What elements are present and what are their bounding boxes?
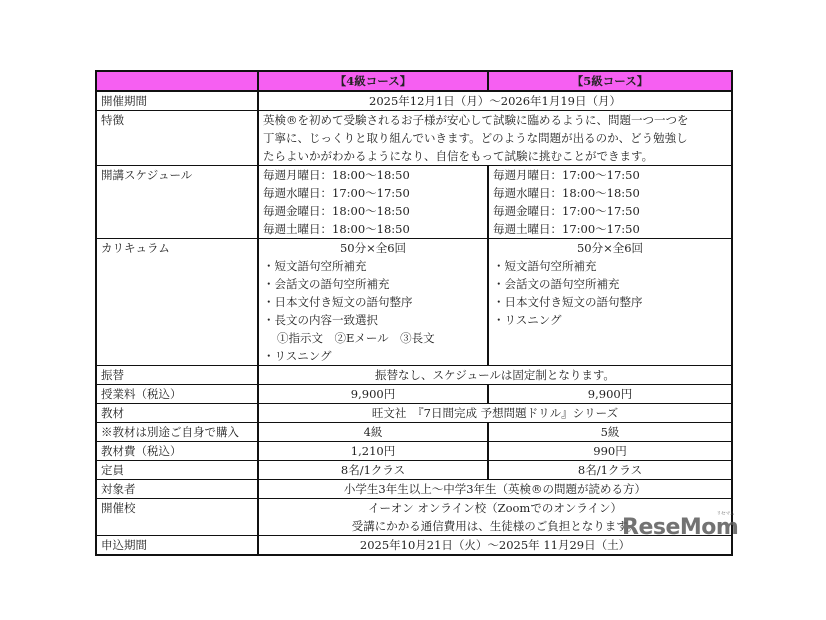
- curriculum-g5-item: ・日本文付き短文の語句整序: [493, 293, 727, 311]
- capacity-grade4: 8名/1クラス: [258, 461, 488, 480]
- row-features: 特徴 英検®を初めて受験されるお子様が安心して試験に臨めるように、問題一つ一つを…: [96, 111, 732, 166]
- row-materials-fee: 教材費（税込） 1,210円 990円: [96, 442, 732, 461]
- header-grade5: 【5級コース】: [488, 71, 732, 91]
- curriculum-g4-summary: 50分×全6回: [263, 239, 483, 257]
- schedule-g5-fri: 毎週金曜日：17:00～17:50: [493, 202, 727, 220]
- materials-grade4: 4級: [258, 423, 488, 442]
- header-grade4: 【4級コース】: [258, 71, 488, 91]
- watermark-text: ReseMom: [622, 515, 738, 540]
- watermark-ruby: リセマム: [716, 510, 734, 517]
- label-capacity: 定員: [96, 461, 258, 480]
- value-makeup: 振替なし、スケジュールは固定制となります。: [258, 366, 732, 385]
- schedule-g4-sat: 毎週土曜日：18:00～18:50: [263, 220, 483, 238]
- row-schedule: 開講スケジュール 毎週月曜日：18:00～18:50 毎週水曜日：17:00～1…: [96, 166, 732, 239]
- schedule-g4-wed: 毎週水曜日：17:00～17:50: [263, 184, 483, 202]
- tuition-grade5: 9,900円: [488, 385, 732, 404]
- curriculum-g5-item: ・短文語句空所補充: [493, 257, 727, 275]
- row-tuition: 授業料（税込） 9,900円 9,900円: [96, 385, 732, 404]
- header-row: 【4級コース】 【5級コース】: [96, 71, 732, 91]
- curriculum-grade4: 50分×全6回 ・短文語句空所補充 ・会話文の語句空所補充 ・日本文付き短文の語…: [258, 239, 488, 366]
- features-line-1: 英検®を初めて受験されるお子様が安心して試験に臨めるように、問題一つ一つを: [263, 111, 727, 129]
- curriculum-g5-summary: 50分×全6回: [493, 239, 727, 257]
- course-info-table: 【4級コース】 【5級コース】 開催期間 2025年12月1日（月）～2026年…: [95, 70, 733, 556]
- features-line-3: たらよいかがわかるようになり、自信をもって試験に挑むことができます。: [263, 147, 727, 165]
- row-period: 開催期間 2025年12月1日（月）～2026年1月19日（月）: [96, 91, 732, 111]
- value-period: 2025年12月1日（月）～2026年1月19日（月）: [258, 91, 732, 111]
- label-materials-note: ※教材は別途ご自身で購入: [96, 423, 258, 442]
- label-materials: 教材: [96, 404, 258, 423]
- value-materials: 旺文社 『7日間完成 予想問題ドリル』シリーズ: [258, 404, 732, 423]
- value-target: 小学生3年生以上～中学3年生（英検®の問題が読める方）: [258, 480, 732, 499]
- label-curriculum: カリキュラム: [96, 239, 258, 366]
- value-features: 英検®を初めて受験されるお子様が安心して試験に臨めるように、問題一つ一つを 丁寧…: [258, 111, 732, 166]
- header-blank: [96, 71, 258, 91]
- schedule-g4-mon: 毎週月曜日：18:00～18:50: [263, 166, 483, 184]
- curriculum-g4-item: ・長文の内容一致選択: [263, 311, 483, 329]
- capacity-grade5: 8名/1クラス: [488, 461, 732, 480]
- schedule-grade5: 毎週月曜日：17:00～17:50 毎週水曜日：18:00～18:50 毎週金曜…: [488, 166, 732, 239]
- schedule-g5-mon: 毎週月曜日：17:00～17:50: [493, 166, 727, 184]
- label-features: 特徴: [96, 111, 258, 166]
- materials-fee-grade4: 1,210円: [258, 442, 488, 461]
- curriculum-g4-item: ・日本文付き短文の語句整序: [263, 293, 483, 311]
- schedule-grade4: 毎週月曜日：18:00～18:50 毎週水曜日：17:00～17:50 毎週金曜…: [258, 166, 488, 239]
- label-materials-fee: 教材費（税込）: [96, 442, 258, 461]
- resemom-watermark-logo: ReseMom リセマム: [622, 515, 738, 540]
- row-materials: 教材 旺文社 『7日間完成 予想問題ドリル』シリーズ: [96, 404, 732, 423]
- materials-grade5: 5級: [488, 423, 732, 442]
- label-application: 申込期間: [96, 536, 258, 556]
- tuition-grade4: 9,900円: [258, 385, 488, 404]
- schedule-g4-fri: 毎週金曜日：18:00～18:50: [263, 202, 483, 220]
- curriculum-g4-item: ・リスニング: [263, 347, 483, 365]
- curriculum-grade5: 50分×全6回 ・短文語句空所補充 ・会話文の語句空所補充 ・日本文付き短文の語…: [488, 239, 732, 366]
- row-curriculum: カリキュラム 50分×全6回 ・短文語句空所補充 ・会話文の語句空所補充 ・日本…: [96, 239, 732, 366]
- label-venue: 開催校: [96, 499, 258, 536]
- schedule-g5-sat: 毎週土曜日：17:00～17:50: [493, 220, 727, 238]
- label-schedule: 開講スケジュール: [96, 166, 258, 239]
- curriculum-g4-subitem: ①指示文 ②Eメール ③長文: [263, 329, 483, 347]
- label-tuition: 授業料（税込）: [96, 385, 258, 404]
- row-capacity: 定員 8名/1クラス 8名/1クラス: [96, 461, 732, 480]
- label-makeup: 振替: [96, 366, 258, 385]
- curriculum-g4-item: ・短文語句空所補充: [263, 257, 483, 275]
- curriculum-g5-item: ・リスニング: [493, 311, 727, 329]
- row-materials-grade: ※教材は別途ご自身で購入 4級 5級: [96, 423, 732, 442]
- features-line-2: 丁寧に、じっくりと取り組んでいきます。どのような問題が出るのか、どう勉強し: [263, 129, 727, 147]
- row-target: 対象者 小学生3年生以上～中学3年生（英検®の問題が読める方）: [96, 480, 732, 499]
- curriculum-g4-item: ・会話文の語句空所補充: [263, 275, 483, 293]
- materials-fee-grade5: 990円: [488, 442, 732, 461]
- label-target: 対象者: [96, 480, 258, 499]
- curriculum-g5-item: ・会話文の語句空所補充: [493, 275, 727, 293]
- row-makeup: 振替 振替なし、スケジュールは固定制となります。: [96, 366, 732, 385]
- label-period: 開催期間: [96, 91, 258, 111]
- schedule-g5-wed: 毎週水曜日：18:00～18:50: [493, 184, 727, 202]
